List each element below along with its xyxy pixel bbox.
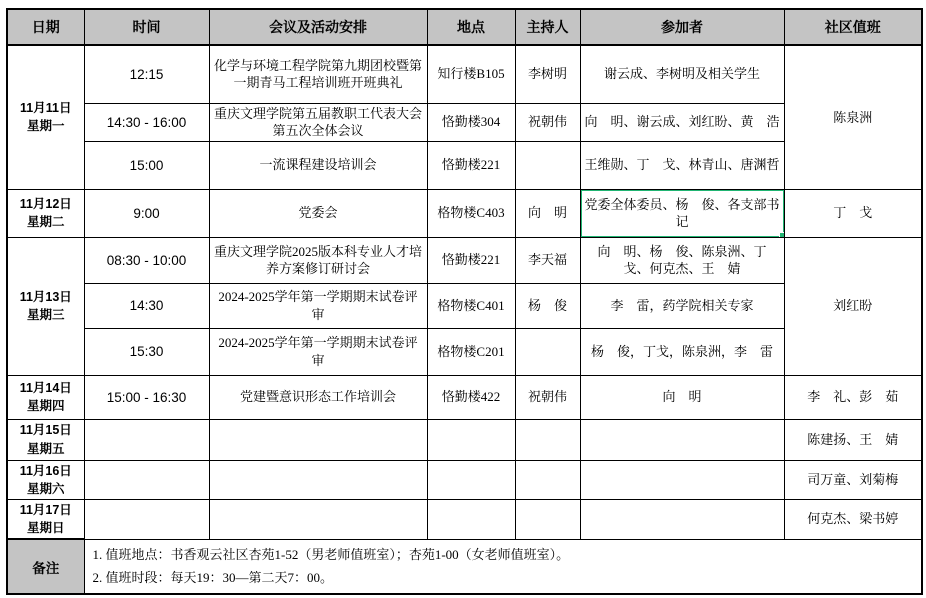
duty-cell-sat[interactable]: 司万童、刘菊梅 [784,460,922,499]
time-cell[interactable]: 15:00 [84,141,209,189]
date-cell-fri[interactable]: 11月15日 星期五 [7,419,84,460]
participants-cell[interactable]: 谢云成、李树明及相关学生 [580,45,784,103]
participants-cell[interactable] [580,499,784,539]
host-cell[interactable] [515,328,580,375]
remarks-line-1: 1. 值班地点：书香观云社区杏苑1-52（男老师值班室）；杏苑1-00（女老师值… [93,543,919,566]
column-header-location: 地点 [427,9,515,45]
host-cell[interactable]: 向 明 [515,189,580,237]
location-cell[interactable]: 格物楼C403 [427,189,515,237]
host-cell[interactable] [515,419,580,460]
location-cell[interactable] [427,419,515,460]
remarks-content[interactable]: 1. 值班地点：书香观云社区杏苑1-52（男老师值班室）；杏苑1-00（女老师值… [84,539,922,594]
location-cell[interactable]: 格物楼C401 [427,283,515,328]
date-cell-mon[interactable]: 11月11日 星期一 [7,45,84,189]
host-cell[interactable]: 李树明 [515,45,580,103]
location-cell[interactable] [427,460,515,499]
time-cell[interactable]: 15:30 [84,328,209,375]
participants-cell[interactable] [580,419,784,460]
column-header-meeting: 会议及活动安排 [209,9,427,45]
meeting-cell[interactable]: 党委会 [209,189,427,237]
meeting-cell[interactable]: 重庆文理学院2025版本科专业人才培养方案修订研讨会 [209,237,427,283]
column-header-community-duty: 社区值班 [784,9,922,45]
host-cell[interactable]: 祝朝伟 [515,375,580,419]
participants-cell[interactable]: 李 雷，药学院相关专家 [580,283,784,328]
meeting-cell[interactable] [209,460,427,499]
location-cell[interactable]: 格物楼C201 [427,328,515,375]
location-cell[interactable]: 恪勤楼221 [427,141,515,189]
time-cell[interactable] [84,499,209,539]
host-cell[interactable]: 杨 俊 [515,283,580,328]
participants-cell-selected[interactable]: 党委全体委员、杨 俊、各支部书记 [580,189,784,237]
remarks-row: 备注 1. 值班地点：书香观云社区杏苑1-52（男老师值班室）；杏苑1-00（女… [7,539,922,594]
location-cell[interactable]: 知行楼B105 [427,45,515,103]
duty-cell-sun[interactable]: 何克杰、梁书婷 [784,499,922,539]
location-cell[interactable]: 恪勤楼422 [427,375,515,419]
time-cell[interactable]: 15:00 - 16:30 [84,375,209,419]
table-row: 11月11日 星期一 12:15 化学与环境工程学院第九期团校暨第一期青马工程培… [7,45,922,103]
location-cell[interactable] [427,499,515,539]
time-cell[interactable]: 14:30 [84,283,209,328]
date-cell-sun[interactable]: 11月17日 星期日 [7,499,84,539]
meeting-cell[interactable]: 一流课程建设培训会 [209,141,427,189]
host-cell[interactable]: 李天福 [515,237,580,283]
column-header-host: 主持人 [515,9,580,45]
table-row: 11月13日 星期三 08:30 - 10:00 重庆文理学院2025版本科专业… [7,237,922,283]
duty-cell-thu[interactable]: 李 礼、彭 茹 [784,375,922,419]
column-header-date: 日期 [7,9,84,45]
table-row: 11月14日 星期四 15:00 - 16:30 党建暨意识形态工作培训会 恪勤… [7,375,922,419]
participants-cell[interactable]: 向 明、杨 俊、陈泉洲、丁 戈、何克杰、王 婧 [580,237,784,283]
time-cell[interactable]: 08:30 - 10:00 [84,237,209,283]
meeting-cell[interactable]: 2024-2025学年第一学期期末试卷评审 [209,328,427,375]
host-cell[interactable] [515,141,580,189]
participants-cell[interactable]: 向 明 [580,375,784,419]
host-cell[interactable] [515,460,580,499]
date-cell-wed[interactable]: 11月13日 星期三 [7,237,84,375]
column-header-time: 时间 [84,9,209,45]
selection-fill-handle[interactable] [779,232,785,238]
meeting-cell[interactable] [209,499,427,539]
location-cell[interactable]: 恪勤楼304 [427,103,515,141]
participants-cell[interactable]: 杨 俊，丁戈，陈泉洲，李 雷 [580,328,784,375]
table-row: 11月16日 星期六 司万童、刘菊梅 [7,460,922,499]
time-cell[interactable]: 9:00 [84,189,209,237]
meeting-cell[interactable]: 化学与环境工程学院第九期团校暨第一期青马工程培训班开班典礼 [209,45,427,103]
participants-cell[interactable] [580,460,784,499]
participants-text: 党委全体委员、杨 俊、各支部书记 [584,197,779,230]
time-cell[interactable] [84,460,209,499]
time-cell[interactable]: 12:15 [84,45,209,103]
meeting-cell[interactable] [209,419,427,460]
time-cell[interactable]: 14:30 - 16:00 [84,103,209,141]
host-cell[interactable] [515,499,580,539]
duty-cell-tue[interactable]: 丁 戈 [784,189,922,237]
date-cell-thu[interactable]: 11月14日 星期四 [7,375,84,419]
host-cell[interactable]: 祝朝伟 [515,103,580,141]
duty-cell-fri[interactable]: 陈建扬、王 婧 [784,419,922,460]
meeting-cell[interactable]: 党建暨意识形态工作培训会 [209,375,427,419]
table-row: 11月12日 星期二 9:00 党委会 格物楼C403 向 明 党委全体委员、杨… [7,189,922,237]
participants-cell[interactable]: 王维勋、丁 戈、林青山、唐渊哲 [580,141,784,189]
column-header-participants: 参加者 [580,9,784,45]
participants-cell[interactable]: 向 明、谢云成、刘红盼、黄 浩 [580,103,784,141]
table-row: 11月17日 星期日 何克杰、梁书婷 [7,499,922,539]
location-cell[interactable]: 恪勤楼221 [427,237,515,283]
remarks-label: 备注 [7,539,84,594]
duty-cell-wed[interactable]: 刘红盼 [784,237,922,375]
table-row: 11月15日 星期五 陈建扬、王 婧 [7,419,922,460]
schedule-page: 日期 时间 会议及活动安排 地点 主持人 参加者 社区值班 11月11日 星期一… [0,0,926,598]
date-cell-tue[interactable]: 11月12日 星期二 [7,189,84,237]
date-cell-sat[interactable]: 11月16日 星期六 [7,460,84,499]
time-cell[interactable] [84,419,209,460]
duty-cell-mon[interactable]: 陈泉洲 [784,45,922,189]
meeting-cell[interactable]: 重庆文理学院第五届教职工代表大会第五次全体会议 [209,103,427,141]
remarks-line-2: 2. 值班时段：每天19：30—第二天7：00。 [93,566,919,589]
schedule-table: 日期 时间 会议及活动安排 地点 主持人 参加者 社区值班 11月11日 星期一… [6,8,923,595]
meeting-cell[interactable]: 2024-2025学年第一学期期末试卷评审 [209,283,427,328]
